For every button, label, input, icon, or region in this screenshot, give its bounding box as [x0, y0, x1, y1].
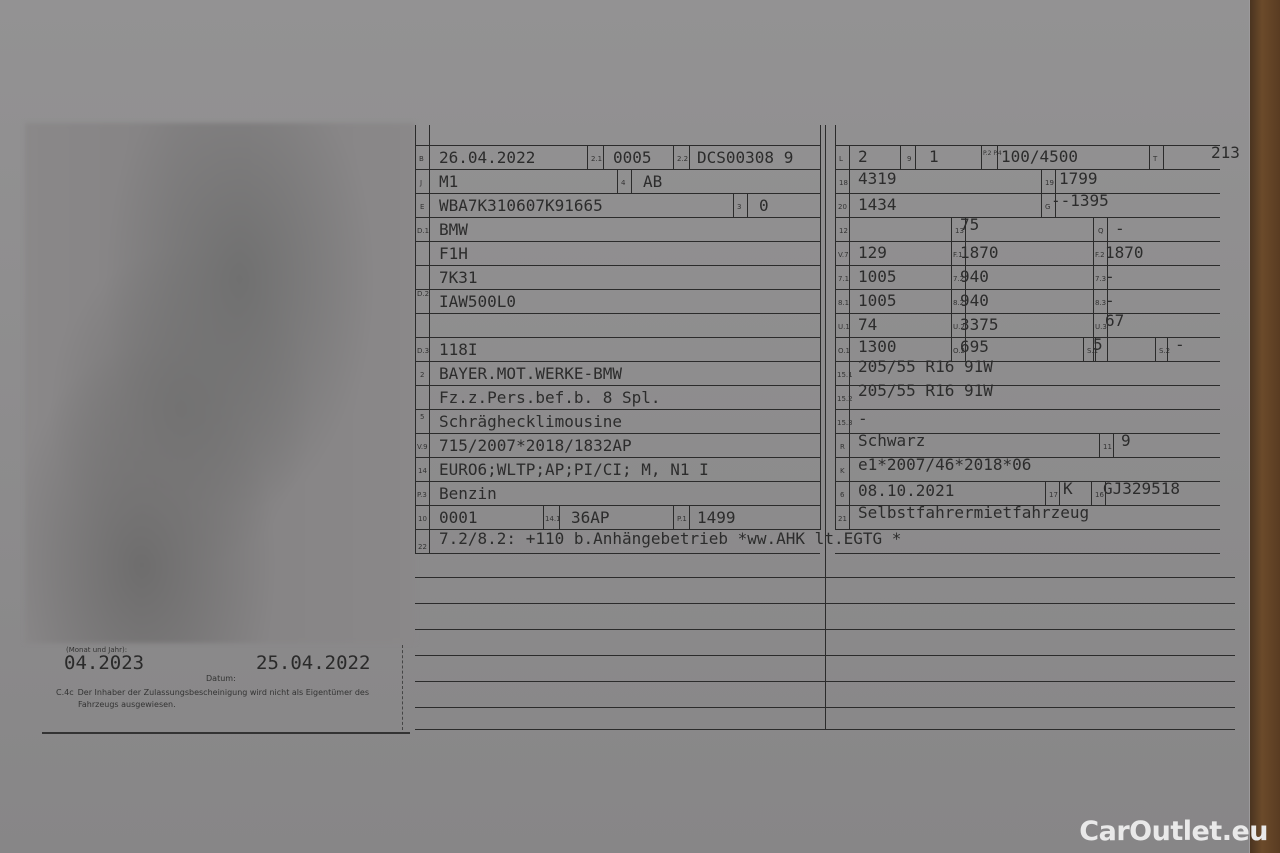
label-K: K: [840, 467, 845, 475]
label-P1: P.1: [677, 515, 687, 523]
row-line: [835, 217, 1220, 218]
sep: [1099, 433, 1100, 457]
row-line: [415, 481, 820, 482]
value-P1: 1499: [697, 508, 736, 528]
row-line: [415, 313, 820, 314]
label-2-2: 2.2: [677, 155, 688, 163]
label-V7: V.7: [838, 251, 849, 259]
value-16: GJ329518: [1103, 479, 1180, 499]
value-9: 1: [929, 147, 939, 167]
value-15-2: 205/55 R16 91W: [858, 381, 993, 401]
row-line: [415, 289, 820, 290]
label-6: 6: [840, 491, 844, 499]
value-F1: 1870: [960, 243, 999, 263]
label-19: 19: [1045, 179, 1054, 187]
row-line: [415, 409, 820, 410]
sep: [631, 169, 632, 193]
label-R: R: [840, 443, 845, 451]
label-12: 12: [839, 227, 848, 235]
sep: [1149, 145, 1150, 169]
label-P2-P4: P.2 P.4: [983, 150, 1002, 157]
label-14: 14: [418, 467, 427, 475]
label-P3: P.3: [417, 491, 427, 499]
label-B: B: [419, 155, 424, 163]
value-D2: IAW500L0: [439, 292, 516, 312]
label-17: 17: [1049, 491, 1058, 499]
value-G: --1395: [1051, 191, 1109, 211]
value-15-3: -: [858, 409, 868, 429]
value-2-1: 0005: [613, 148, 652, 168]
value-T: 213: [1211, 143, 1240, 163]
value-3: 0: [759, 196, 769, 216]
sep: [1055, 169, 1056, 217]
redacted-blurred-area: [25, 123, 415, 643]
label-G: G: [1045, 203, 1050, 211]
value-R: Schwarz: [858, 431, 925, 451]
label-F2: F.2: [1095, 251, 1105, 259]
sep: [900, 145, 901, 169]
note-line-1: Der Inhaber der Zulassungsbescheinigung …: [78, 688, 369, 697]
label-3: 3: [737, 203, 741, 211]
value-J: M1: [439, 172, 458, 192]
row-line: [835, 193, 1220, 194]
sep: [1107, 217, 1108, 361]
row-line: [415, 217, 820, 218]
validity-slip: (Monat und Jahr): 04.2023 25.04.2022 Dat…: [42, 640, 410, 734]
value-11: 9: [1121, 431, 1131, 451]
value-19: 1799: [1059, 169, 1098, 189]
label-9: 9: [907, 155, 911, 163]
label-15-1: 15.1: [837, 371, 853, 379]
label-S2: S.2: [1159, 347, 1170, 355]
sep: [673, 505, 674, 529]
datum-label: Datum:: [206, 674, 236, 683]
note-line-2: Fahrzeugs ausgewiesen.: [56, 699, 396, 711]
value-7-2: 940: [960, 267, 989, 287]
sep: [603, 145, 604, 169]
value-U1: 74: [858, 315, 877, 335]
value-V7: 129: [858, 243, 887, 263]
label-15-2: 15.2: [837, 395, 853, 403]
row-line: [835, 241, 1220, 242]
label-D3: D.3: [417, 347, 429, 355]
value-vehicle-class: Fz.z.Pers.bef.b. 8 Spl.: [439, 388, 661, 408]
value-7-3: -: [1105, 267, 1115, 287]
value-13: 75: [960, 215, 979, 235]
perforation-line: [402, 645, 404, 730]
row-line: [415, 505, 820, 506]
value-P3: Benzin: [439, 484, 497, 504]
value-22: 7.2/8.2: +110 b.Anhängebetrieb *ww.AHK l…: [439, 529, 901, 549]
value-O2: 695: [960, 337, 989, 357]
row-line: [415, 265, 820, 266]
value-5: Schräghecklimousine: [439, 412, 622, 432]
sep: [733, 193, 734, 217]
label-T: T: [1153, 155, 1157, 163]
row-line: [415, 433, 820, 434]
issue-date-value: 25.04.2022: [256, 652, 370, 674]
month-year-value: 04.2023: [64, 652, 144, 674]
form-left-edge: [415, 125, 416, 553]
sep: [587, 145, 588, 169]
label-8-1: 8.1: [838, 299, 849, 307]
value-F2: 1870: [1105, 243, 1144, 263]
value-L: 2: [858, 147, 868, 167]
row-line: [415, 385, 820, 386]
row-line: [415, 457, 820, 458]
label-20: 20: [838, 203, 847, 211]
value-18: 4319: [858, 169, 897, 189]
value-6: 08.10.2021: [858, 481, 954, 501]
value-7-1: 1005: [858, 267, 897, 287]
sep: [689, 145, 690, 169]
value-K: e1*2007/46*2018*06: [858, 455, 1031, 475]
sep: [689, 505, 690, 529]
note-code: C.4c: [56, 688, 74, 697]
right-column-edge: [835, 125, 836, 530]
watermark-logo: CarOutlet.eu: [1079, 816, 1268, 847]
right-label-column-line: [849, 145, 850, 530]
sep: [1163, 145, 1164, 169]
label-21: 21: [838, 515, 847, 523]
row-line: [415, 193, 820, 194]
value-E: WBA7K310607K91665: [439, 196, 603, 216]
value-2-2: DCS00308 9: [697, 148, 793, 168]
value-8-3: -: [1105, 291, 1115, 311]
label-22: 22: [418, 543, 427, 551]
label-L: L: [839, 155, 843, 163]
value-2: BAYER.MOT.WERKE-BMW: [439, 364, 622, 384]
owner-note: C.4cDer Inhaber der Zulassungsbescheinig…: [56, 687, 396, 711]
sep: [1041, 169, 1042, 217]
sep: [543, 505, 544, 529]
row-line: [835, 313, 1220, 314]
sep: [673, 145, 674, 169]
value-O1: 1300: [858, 337, 897, 357]
label-U1: U.1: [838, 323, 850, 331]
value-D1: BMW: [439, 220, 468, 240]
label-E: E: [420, 203, 424, 211]
value-8-1: 1005: [858, 291, 897, 311]
sep: [1155, 337, 1156, 361]
wooden-table-edge: [1250, 0, 1280, 853]
label-column-line: [429, 125, 430, 553]
value-21: Selbstfahrermietfahrzeug: [858, 503, 1089, 523]
row-line: [415, 145, 820, 146]
sep: [1091, 481, 1092, 505]
row-line: [415, 337, 820, 338]
label-V9: V.9: [417, 443, 428, 451]
value-4: AB: [643, 172, 662, 192]
center-divider: [825, 125, 826, 730]
row-line: [835, 553, 1220, 554]
sep: [1083, 337, 1084, 361]
value-V9: 715/2007*2018/1832AP: [439, 436, 632, 456]
label-11: 11: [1103, 443, 1112, 451]
sep: [1045, 481, 1046, 505]
value-15-1: 205/55 R16 91W: [858, 357, 993, 377]
value-D3: 118I: [439, 340, 478, 360]
row-line: [415, 241, 820, 242]
value-D1-variant: F1H: [439, 244, 468, 264]
value-B: 26.04.2022: [439, 148, 535, 168]
left-column-edge: [820, 125, 821, 530]
label-2-1: 2.1: [591, 155, 602, 163]
sep: [915, 145, 916, 169]
sep: [997, 145, 998, 169]
value-17: K: [1063, 479, 1073, 499]
value-S2: -: [1175, 335, 1185, 355]
label-D2: D.2: [417, 290, 429, 298]
value-14: EURO6;WLTP;AP;PI/CI; M, N1 I: [439, 460, 709, 480]
sep: [1113, 433, 1114, 457]
value-U2: 3375: [960, 315, 999, 335]
value-P2-P4: 100/4500: [1001, 147, 1078, 167]
label-Q: Q: [1098, 227, 1104, 235]
row-line: [415, 361, 820, 362]
row-line: [835, 265, 1220, 266]
label-2: 2: [420, 371, 424, 379]
sep: [559, 505, 560, 529]
value-Q: -: [1115, 219, 1125, 239]
row-line: [835, 289, 1220, 290]
label-5: 5: [420, 413, 424, 421]
label-15-3: 15.3: [837, 419, 853, 427]
label-4: 4: [621, 179, 625, 187]
label-18: 18: [839, 179, 848, 187]
sep: [747, 193, 748, 217]
sep: [1167, 337, 1168, 361]
label-10: 10: [418, 515, 427, 523]
value-10: 0001: [439, 508, 478, 528]
value-U3: 67: [1105, 311, 1124, 331]
registration-form: B26.04.20222.100052.2DCS00308 9JM14ABEWB…: [415, 125, 1230, 730]
label-J: J: [420, 179, 422, 187]
sep: [1095, 337, 1096, 361]
value-8-2: 940: [960, 291, 989, 311]
sep: [981, 145, 982, 169]
row-line: [835, 409, 1220, 410]
label-D1: D.1: [417, 227, 429, 235]
sep: [951, 217, 952, 361]
value-D1-version: 7K31: [439, 268, 478, 288]
row-line: [415, 553, 820, 554]
value-14-1: 36AP: [571, 508, 610, 528]
value-20: 1434: [858, 195, 897, 215]
sep: [1105, 481, 1106, 505]
label-O1: O.1: [838, 347, 850, 355]
label-7-1: 7.1: [838, 275, 849, 283]
sep: [617, 169, 618, 193]
sep: [1059, 481, 1060, 505]
